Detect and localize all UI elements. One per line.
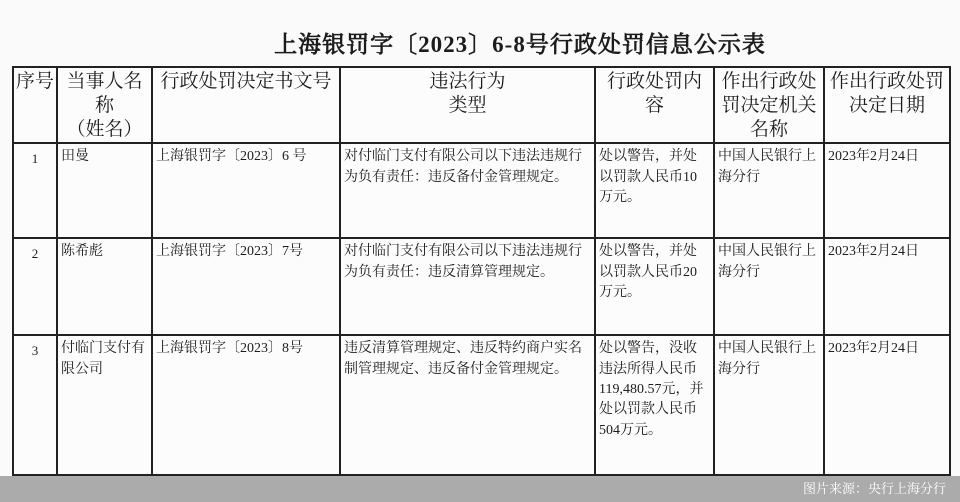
col-header-doc-no: 行政处罚决定书文号 [152, 67, 340, 143]
cell-date: 2023年2月24日 [824, 238, 950, 335]
cell-penalty: 处以警告，并处以罚款人民币10万元。 [595, 143, 714, 238]
cell-party: 陈希彪 [57, 238, 152, 335]
cell-doc-no: 上海银罚字〔2023〕7号 [152, 238, 340, 335]
cell-authority: 中国人民银行上海分行 [714, 143, 824, 238]
cell-penalty: 处以警告，没收违法所得人民币119,480.57元，并处以罚款人民币504万元。 [595, 335, 714, 475]
cell-doc-no: 上海银罚字〔2023〕6 号 [152, 143, 340, 238]
image-source-caption: 图片来源：央行上海分行 [803, 481, 946, 496]
col-header-party: 当事人名称 （姓名） [57, 67, 152, 143]
page-title: 上海银罚字〔2023〕6-8号行政处罚信息公示表 [40, 0, 960, 59]
cell-date: 2023年2月24日 [824, 143, 950, 238]
table-row: 1 田曼 上海银罚字〔2023〕6 号 对付临门支付有限公司以下违法违规行为负有… [13, 143, 950, 238]
col-header-violation: 违法行为 类型 [340, 67, 595, 143]
cell-seq: 2 [13, 238, 57, 335]
cell-violation: 对付临门支付有限公司以下违法违规行为负有责任：违反备付金管理规定。 [340, 143, 595, 238]
col-header-penalty: 行政处罚内容 [595, 67, 714, 143]
col-header-authority: 作出行政处罚决定机关名称 [714, 67, 824, 143]
penalty-table: 序号 当事人名称 （姓名） 行政处罚决定书文号 违法行为 类型 行政处罚内容 作… [12, 66, 951, 476]
cell-party: 田曼 [57, 143, 152, 238]
cell-party: 付临门支付有限公司 [57, 335, 152, 475]
col-header-seq: 序号 [13, 67, 57, 143]
cell-seq: 1 [13, 143, 57, 238]
footer-bar: 图片来源：央行上海分行 [0, 476, 960, 502]
cell-seq: 3 [13, 335, 57, 475]
cell-penalty: 处以警告，并处以罚款人民币20万元。 [595, 238, 714, 335]
cell-authority: 中国人民银行上海分行 [714, 238, 824, 335]
cell-date: 2023年2月24日 [824, 335, 950, 475]
cell-violation: 对付临门支付有限公司以下违法违规行为负有责任：违反清算管理规定。 [340, 238, 595, 335]
table-row: 3 付临门支付有限公司 上海银罚字〔2023〕8号 违反清算管理规定、违反特约商… [13, 335, 950, 475]
cell-doc-no: 上海银罚字〔2023〕8号 [152, 335, 340, 475]
table-header-row: 序号 当事人名称 （姓名） 行政处罚决定书文号 违法行为 类型 行政处罚内容 作… [13, 67, 950, 143]
col-header-date: 作出行政处罚决定日期 [824, 67, 950, 143]
cell-authority: 中国人民银行上海分行 [714, 335, 824, 475]
cell-violation: 违反清算管理规定、违反特约商户实名制管理规定、违反备付金管理规定。 [340, 335, 595, 475]
table-row: 2 陈希彪 上海银罚字〔2023〕7号 对付临门支付有限公司以下违法违规行为负有… [13, 238, 950, 335]
